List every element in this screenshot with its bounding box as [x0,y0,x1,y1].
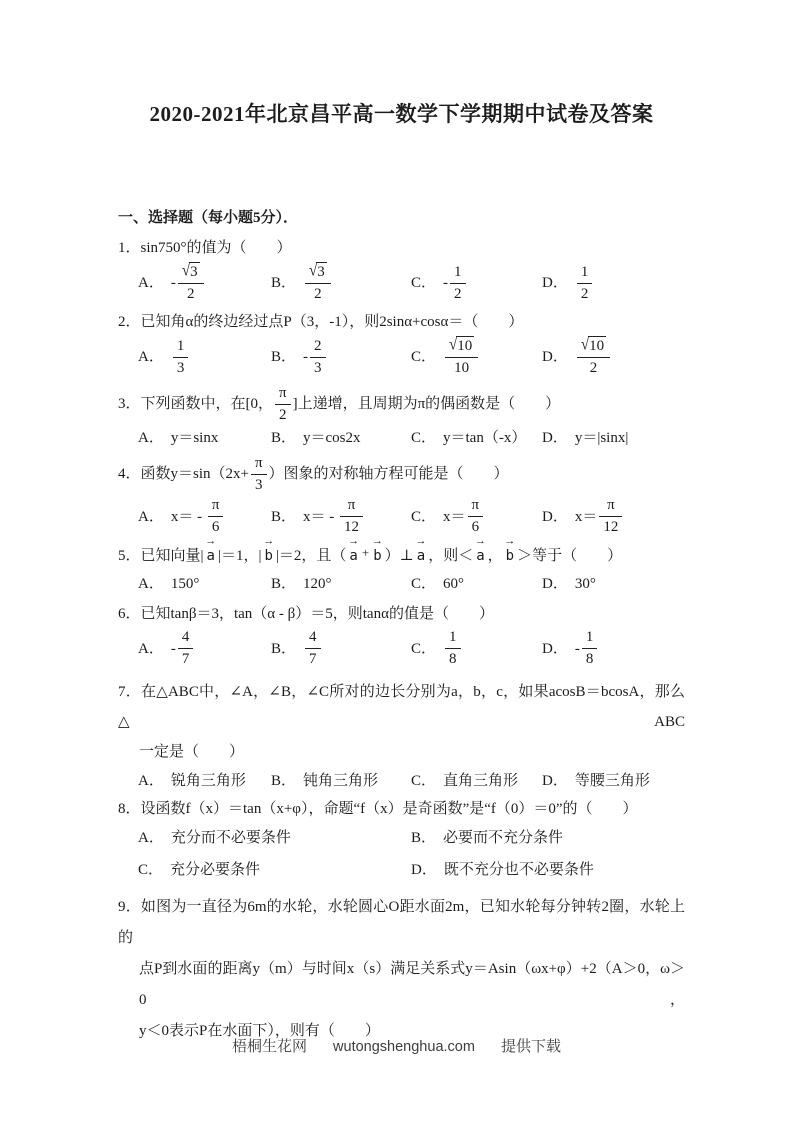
question-2: 2．已知角α的终边经过点P（3，-1），则2sinα+cosα＝（ ） A． 1… [118,312,685,378]
option-1c: C． - 1 2 [411,263,542,304]
question-1-stem: 1．sin750°的值为（ ） [118,238,685,258]
option-7c: C． 直角三角形 [411,771,542,791]
numerator: √3 [305,262,331,283]
radical-icon: √ [581,335,589,356]
numerator: 2 [310,337,326,357]
option-2c: C． √10 10 [411,336,542,378]
vector-arrow-icon: → [348,536,359,547]
numerator: 4 [178,628,194,648]
denominator: 7 [305,648,321,669]
question-8-options-row1: A． 充分而不必要条件 B． 必要而不充分条件 [118,828,685,848]
question-6-stem: 6．已知tanβ＝3，tan（α - β）＝5，则tanα的值是（ ） [118,604,685,624]
option-6d: D． - 1 8 [542,628,685,669]
vector-letter: b [506,548,514,564]
numerator: √10 [445,336,478,357]
question-9-stem-line1: 9．如图为一直径为6m的水轮，水轮圆心O距水面2m，已知水轮每分钟转2圈，水轮上… [118,892,685,954]
vector-arrow-icon: → [415,536,426,547]
question-1: 1．sin750°的值为（ ） A． - √3 2 B． √3 2 C． - [118,238,685,304]
page-footer: 梧桐生花网 wutongshenghua.com 提供下载 [0,1036,793,1058]
fraction: √3 2 [178,262,204,304]
numerator: 1 [450,263,466,283]
option-label: D． [542,428,568,448]
vector-a: →a [475,546,485,566]
question-6: 6．已知tanβ＝3，tan（α - β）＝5，则tanα的值是（ ） A． -… [118,604,685,669]
vector-b: →b [505,546,515,566]
option-label: C． [411,574,436,594]
denominator: 3 [310,357,326,378]
fraction: 2 3 [310,337,326,378]
vector-arrow-icon: → [372,536,383,547]
option-7b: B． 钝角三角形 [271,771,411,791]
fraction: 1 2 [577,263,593,304]
option-label: B． [271,771,296,791]
option-text: 既不充分也不必要条件 [444,860,594,880]
option-prefix: x＝ [443,507,466,527]
option-label: B． [271,347,296,367]
minus-sign: - [171,639,176,659]
option-4c: C． x＝ π 6 [411,496,542,537]
stem-text: |＝2，且（ [276,548,347,564]
option-label: D． [411,860,437,880]
vector-letter: a [207,548,215,564]
numerator: 4 [305,628,321,648]
fraction: √10 10 [445,336,478,378]
fraction: 4 7 [178,628,194,669]
stem-text: |＝1，| [218,548,262,564]
option-text: 充分而不必要条件 [171,828,291,848]
option-prefix: x＝ [575,507,598,527]
denominator: 10 [445,357,478,378]
option-text: 等腰三角形 [575,771,650,791]
radicand: 3 [189,262,200,282]
denominator: 12 [340,516,363,537]
minus-sign: - [303,347,308,367]
option-label: B． [271,428,296,448]
fraction: √3 2 [305,262,331,304]
option-8a: A． 充分而不必要条件 [138,828,411,848]
question-7: 7．在△ABC中，∠A，∠B，∠C所对的边长分别为a，b，c，如果acosB＝b… [118,677,685,791]
numerator: 1 [577,263,593,283]
radical-icon: √ [309,261,317,282]
fraction: π 6 [208,496,224,537]
option-text: 直角三角形 [443,771,518,791]
option-text: 30° [575,574,596,594]
fraction: 1 8 [582,628,598,669]
question-8-stem: 8．设函数f（x）＝tan（x+φ），命题“f（x）是奇函数”是“f（0）＝0”… [118,799,685,819]
option-1b: B． √3 2 [271,262,411,304]
numerator: π [468,496,484,516]
option-label: A． [138,639,164,659]
exam-page: 2020-2021年北京昌平高一数学下学期期中试卷及答案 一、选择题（每小题5分… [0,0,793,1122]
radical-icon: √ [449,335,457,356]
option-text: 钝角三角形 [303,771,378,791]
footer-site-name: 梧桐生花网 [232,1036,307,1058]
fraction: π 2 [275,384,291,425]
minus-sign: - [171,273,176,293]
fraction: π 12 [599,496,622,537]
option-label: B． [271,273,296,293]
denominator: 2 [577,357,610,378]
stem-text: ）图象的对称轴方程可能是（ ） [269,464,509,484]
question-9: 9．如图为一直径为6m的水轮，水轮圆心O距水面2m，已知水轮每分钟转2圈，水轮上… [118,892,685,1047]
option-4a: A． x＝ - π 6 [138,496,271,537]
option-text: y＝|sinx| [575,428,629,448]
option-label: B． [411,828,436,848]
question-7-options: A． 锐角三角形 B． 钝角三角形 C． 直角三角形 D． 等腰三角形 [118,771,685,791]
option-3d: D． y＝|sinx| [542,428,685,448]
option-6c: C． 1 8 [411,628,542,669]
option-label: A． [138,273,164,293]
option-5d: D． 30° [542,574,685,594]
stem-text: 4．函数y＝sin（2x+ [118,464,249,484]
denominator: 2 [178,283,204,304]
option-label: D． [542,347,568,367]
question-7-stem-line2: 一定是（ ） [118,737,685,767]
numerator: 1 [582,628,598,648]
question-8: 8．设函数f（x）＝tan（x+φ），命题“f（x）是奇函数”是“f（0）＝0”… [118,799,685,880]
question-1-options: A． - √3 2 B． √3 2 C． - 1 2 [118,262,685,304]
option-6a: A． - 4 7 [138,628,271,669]
question-7-stem-line1: 7．在△ABC中，∠A，∠B，∠C所对的边长分别为a，b，c，如果acosB＝b… [118,677,685,737]
stem-text: 3．下列函数中，在[0， [118,394,273,414]
option-text: 充分必要条件 [170,860,260,880]
minus-sign: - [575,639,580,659]
vector-a: →a [348,546,358,566]
option-3a: A． y＝sinx [138,428,271,448]
option-1d: D． 1 2 [542,263,685,304]
option-label: A． [138,828,164,848]
radical-icon: √ [182,261,190,282]
fraction: 4 7 [305,628,321,669]
option-text: 150° [171,574,200,594]
vector-arrow-icon: → [475,536,486,547]
question-9-stem-line2: 点P到水面的距离y（m）与时间x（s）满足关系式y＝Asin（ωx+φ）+2（A… [118,954,685,1016]
option-label: B． [271,507,296,527]
numerator: √3 [178,262,204,283]
option-label: C． [138,860,163,880]
fraction: √10 2 [577,336,610,378]
option-label: A． [138,347,164,367]
stem-text: 5．已知向量| [118,548,204,564]
vector-letter: a [476,548,484,564]
option-label: B． [271,574,296,594]
numerator: π [599,496,622,516]
option-label: D． [542,639,568,659]
vector-a: →a [206,546,216,566]
vector-a: →a [416,546,426,566]
radicand: 10 [456,336,474,356]
denominator: 3 [173,357,189,378]
denominator: 2 [450,283,466,304]
fraction: 1 2 [450,263,466,304]
option-label: C． [411,428,436,448]
vector-letter: b [264,548,272,564]
option-text: y＝sinx [171,428,219,448]
fraction: π 3 [251,454,267,495]
option-label: A． [138,507,164,527]
option-3b: B． y＝cos2x [271,428,411,448]
denominator: 12 [599,516,622,537]
question-4-stem: 4．函数y＝sin（2x+ π 3 ）图象的对称轴方程可能是（ ） [118,452,685,496]
option-8c: C． 充分必要条件 [138,860,411,880]
option-text: 必要而不充分条件 [443,828,563,848]
option-text: 120° [303,574,332,594]
option-label: B． [271,639,296,659]
numerator: π [275,384,291,404]
denominator: 6 [468,516,484,537]
option-text: y＝cos2x [303,428,361,448]
question-8-options-row2: C． 充分必要条件 D． 既不充分也不必要条件 [118,860,685,880]
option-text: 60° [443,574,464,594]
question-3: 3．下列函数中，在[0， π 2 ]上递增，且周期为π的偶函数是（ ） A． y… [118,382,685,448]
option-label: C． [411,507,436,527]
option-label: A． [138,428,164,448]
option-6b: B． 4 7 [271,628,411,669]
section-heading: 一、选择题（每小题5分）． [118,208,685,228]
question-3-options: A． y＝sinx B． y＝cos2x C． y＝tan（-x） D． y＝|… [118,428,685,448]
option-label: D． [542,507,568,527]
fraction: 1 8 [445,628,461,669]
question-5-stem: 5．已知向量|→a|＝1，|→b|＝2，且（→a+→b）⊥→a，则＜→a，→b＞… [118,543,685,566]
option-label: A． [138,771,164,791]
stem-text: ）⊥ [385,548,414,564]
question-6-options: A． - 4 7 B． 4 7 C． 1 8 [118,628,685,669]
numerator: 1 [173,337,189,357]
fraction: π 12 [340,496,363,537]
option-5a: A． 150° [138,574,271,594]
denominator: 2 [305,283,331,304]
option-prefix: x＝ - [171,507,206,527]
denominator: 6 [208,516,224,537]
footer-download-text: 提供下载 [501,1036,561,1058]
question-2-options: A． 1 3 B． - 2 3 C． √10 10 [118,336,685,378]
option-2d: D． √10 2 [542,336,685,378]
vector-arrow-icon: → [504,536,515,547]
option-7d: D． 等腰三角形 [542,771,685,791]
option-label: C． [411,639,436,659]
denominator: 8 [445,648,461,669]
vector-letter: a [349,548,357,564]
vector-arrow-icon: → [263,536,274,547]
option-4b: B． x＝ - π 12 [271,496,411,537]
option-text: y＝tan（-x） [443,428,526,448]
denominator: 3 [251,474,267,495]
vector-letter: b [373,548,381,564]
option-2b: B． - 2 3 [271,337,411,378]
page-title: 2020-2021年北京昌平高一数学下学期期中试卷及答案 [118,101,685,127]
denominator: 2 [577,283,593,304]
plus-sign: + [362,545,369,560]
question-4: 4．函数y＝sin（2x+ π 3 ）图象的对称轴方程可能是（ ） A． x＝ … [118,452,685,537]
option-8d: D． 既不充分也不必要条件 [411,860,685,880]
vector-letter: a [417,548,425,564]
denominator: 7 [178,648,194,669]
option-label: C． [411,347,436,367]
option-5c: C． 60° [411,574,542,594]
question-3-stem: 3．下列函数中，在[0， π 2 ]上递增，且周期为π的偶函数是（ ） [118,382,685,426]
option-4d: D． x＝ π 12 [542,496,685,537]
option-7a: A． 锐角三角形 [138,771,271,791]
fraction: 1 3 [173,337,189,378]
option-3c: C． y＝tan（-x） [411,428,542,448]
numerator: 1 [445,628,461,648]
fraction: π 6 [468,496,484,537]
numerator: π [251,454,267,474]
stem-text: ，则＜ [428,548,473,564]
option-label: D． [542,273,568,293]
question-2-stem: 2．已知角α的终边经过点P（3，-1），则2sinα+cosα＝（ ） [118,312,685,332]
numerator: π [208,496,224,516]
option-label: A． [138,574,164,594]
vector-b: →b [263,546,273,566]
stem-text: ＞等于（ ） [517,548,622,564]
stem-text: ， [488,548,503,564]
option-text: 锐角三角形 [171,771,246,791]
option-label: C． [411,273,436,293]
option-label: D． [542,771,568,791]
option-prefix: x＝ - [303,507,338,527]
minus-sign: - [443,273,448,293]
option-label: D． [542,574,568,594]
question-5-options: A． 150° B． 120° C． 60° D． 30° [118,574,685,594]
vector-b: →b [372,546,382,566]
numerator: √10 [577,336,610,357]
question-5: 5．已知向量|→a|＝1，|→b|＝2，且（→a+→b）⊥→a，则＜→a，→b＞… [118,543,685,594]
option-label: C． [411,771,436,791]
numerator: π [340,496,363,516]
option-5b: B． 120° [271,574,411,594]
vector-arrow-icon: → [205,536,216,547]
stem-text: ]上递增，且周期为π的偶函数是（ ） [293,394,561,414]
option-1a: A． - √3 2 [138,262,271,304]
radicand: 10 [588,336,606,356]
option-8b: B． 必要而不充分条件 [411,828,685,848]
radicand: 3 [316,262,327,282]
question-4-options: A． x＝ - π 6 B． x＝ - π 12 C． x＝ π [118,496,685,537]
option-2a: A． 1 3 [138,337,271,378]
denominator: 2 [275,404,291,425]
footer-site-url: wutongshenghua.com [333,1036,475,1058]
denominator: 8 [582,648,598,669]
